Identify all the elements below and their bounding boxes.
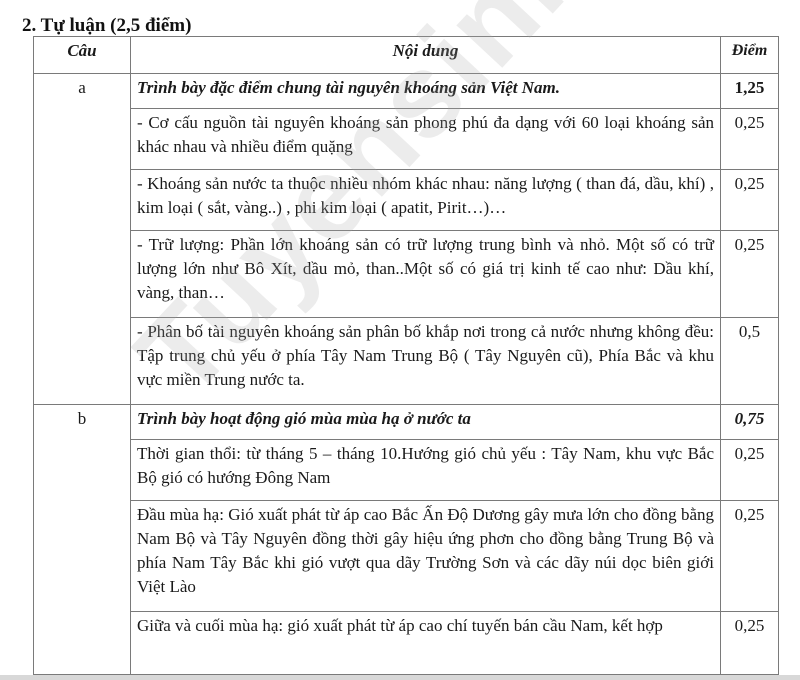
question-title: Trình bày hoạt động gió mùa mùa hạ ở nướ… xyxy=(131,405,721,440)
question-title: Trình bày đặc điểm chung tài nguyên khoá… xyxy=(131,74,721,109)
table-row: Thời gian thổi: từ tháng 5 – tháng 10.Hư… xyxy=(34,440,779,501)
answer-item-points: 0,25 xyxy=(721,440,779,501)
answer-item-points: 0,25 xyxy=(721,170,779,231)
question-points: 0,75 xyxy=(721,405,779,440)
table-row: Giữa và cuối mùa hạ: gió xuất phát từ áp… xyxy=(34,612,779,675)
bottom-edge-bar xyxy=(0,675,800,680)
answer-table: Câu Nội dung Điểm a Trình bày đặc điểm c… xyxy=(33,36,779,675)
table-row-question-b-title: b Trình bày hoạt động gió mùa mùa hạ ở n… xyxy=(34,405,779,440)
table-header-row: Câu Nội dung Điểm xyxy=(34,37,779,74)
header-diem: Điểm xyxy=(721,37,779,74)
answer-item-points: 0,5 xyxy=(721,318,779,405)
table-row: - Cơ cấu nguồn tài nguyên khoáng sản pho… xyxy=(34,109,779,170)
answer-item-text: - Khoáng sản nước ta thuộc nhiều nhóm kh… xyxy=(131,170,721,231)
table-row: Đầu mùa hạ: Gió xuất phát từ áp cao Bắc … xyxy=(34,501,779,612)
header-noi-dung: Nội dung xyxy=(131,37,721,74)
question-label-a: a xyxy=(34,74,131,405)
question-points: 1,25 xyxy=(721,74,779,109)
answer-item-points: 0,25 xyxy=(721,612,779,675)
question-label-b: b xyxy=(34,405,131,675)
answer-item-text: Thời gian thổi: từ tháng 5 – tháng 10.Hư… xyxy=(131,440,721,501)
answer-item-text: - Trữ lượng: Phần lớn khoáng sản có trữ … xyxy=(131,231,721,318)
table-row-question-a-title: a Trình bày đặc điểm chung tài nguyên kh… xyxy=(34,74,779,109)
header-cau: Câu xyxy=(34,37,131,74)
answer-item-text: Đầu mùa hạ: Gió xuất phát từ áp cao Bắc … xyxy=(131,501,721,612)
answer-item-text: - Phân bố tài nguyên khoáng sản phân bố … xyxy=(131,318,721,405)
answer-item-points: 0,25 xyxy=(721,501,779,612)
table-row: - Trữ lượng: Phần lớn khoáng sản có trữ … xyxy=(34,231,779,318)
section-title: 2. Tự luận (2,5 điểm) xyxy=(22,16,191,36)
answer-item-points: 0,25 xyxy=(721,231,779,318)
answer-item-points: 0,25 xyxy=(721,109,779,170)
answer-item-text: Giữa và cuối mùa hạ: gió xuất phát từ áp… xyxy=(131,612,721,675)
table-row: - Khoáng sản nước ta thuộc nhiều nhóm kh… xyxy=(34,170,779,231)
answer-item-text: - Cơ cấu nguồn tài nguyên khoáng sản pho… xyxy=(131,109,721,170)
table-row: - Phân bố tài nguyên khoáng sản phân bố … xyxy=(34,318,779,405)
